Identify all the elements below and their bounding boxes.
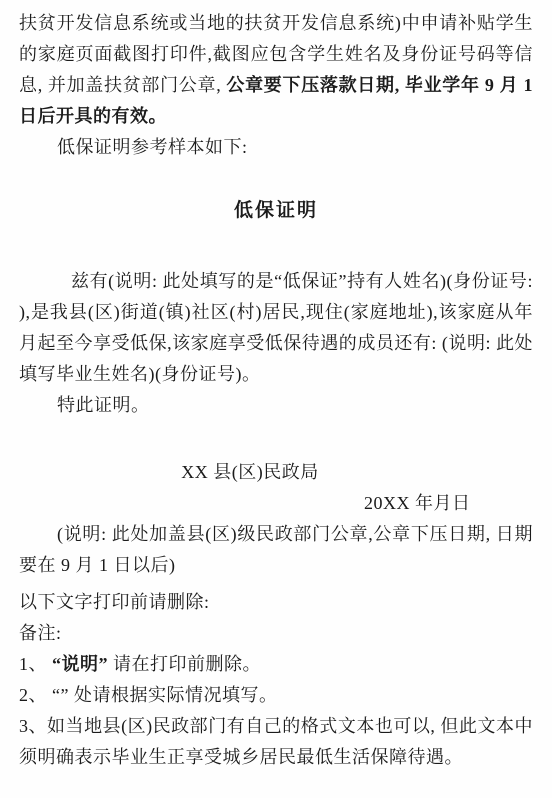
remark-2: 2、 “” 处请根据实际情况填写。 [19,680,533,711]
remark-3: 3、如当地县(区)民政部门有自己的格式文本也可以, 但此文本中须明确表示毕业生正… [19,711,533,773]
date-line: 20XX 年月日 [19,488,533,519]
remarks-label: 备注: [19,618,533,649]
remark-1-bold-text: “说明” [52,654,108,674]
certificate-closing: 特此证明。 [19,390,533,421]
certificate-body: 兹有(说明: 此处填写的是“低保证”持有人姓名)(身份证号: ),是我县(区)街… [19,266,533,390]
remark-1-suffix: 请在打印前删除。 [108,654,261,674]
intro-paragraph: 扶贫开发信息系统或当地的扶贫开发信息系统)中申请补贴学生的家庭页面截图打印件,截… [19,8,533,132]
stamp-note: (说明: 此处加盖县(区)级民政部门公章,公章下压日期, 日期要在 9 月 1 … [19,519,533,581]
sample-note: 低保证明参考样本如下: [19,132,533,163]
issuer-line: XX 县(区)民政局 [19,457,533,488]
certificate-title: 低保证明 [19,195,533,226]
remark-1: 1、 “说明” 请在打印前删除。 [19,649,533,680]
document-page: 扶贫开发信息系统或当地的扶贫开发信息系统)中申请补贴学生的家庭页面截图打印件,截… [0,0,552,798]
remark-1-prefix: 1、 [19,654,52,674]
delete-notice: 以下文字打印前请删除: [19,587,533,618]
